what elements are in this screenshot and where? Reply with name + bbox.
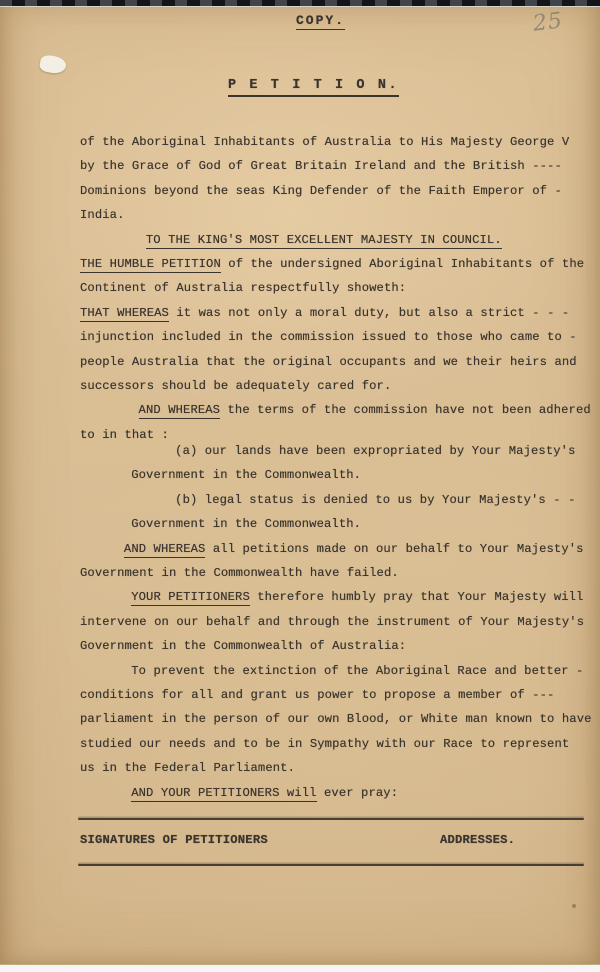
body-text: the terms of the commission have not bee… bbox=[220, 403, 591, 417]
petition-line: (b) legal status is denied to us by Your… bbox=[80, 488, 596, 512]
petition-body: of the Aboriginal Inhabitants of Austral… bbox=[80, 130, 596, 805]
petition-line: by the Grace of God of Great Britain Ire… bbox=[80, 154, 596, 178]
body-text: injunction included in the commission is… bbox=[80, 330, 577, 344]
body-text: people Australia that the original occup… bbox=[80, 355, 577, 369]
underlined-text: THE HUMBLE PETITION bbox=[80, 257, 221, 273]
scanner-edge-strip-top bbox=[0, 0, 600, 7]
petition-line: THAT WHEREAS it was not only a moral dut… bbox=[80, 301, 596, 325]
signature-table-header-row: SIGNATURES OF PETITIONERS ADDRESSES. bbox=[78, 833, 584, 851]
body-text: Government in the Commonwealth. bbox=[131, 468, 361, 482]
body-text: successors should be adequately cared fo… bbox=[80, 379, 391, 393]
petition-line: Government in the Commonwealth. bbox=[80, 463, 596, 487]
underlined-text: THAT WHEREAS bbox=[80, 306, 169, 322]
body-text: (b) legal status is denied to us by Your… bbox=[175, 493, 575, 507]
body-text: Continent of Australia respectfully show… bbox=[80, 281, 406, 295]
petition-line: studied our needs and to be in Sympathy … bbox=[80, 732, 596, 756]
petition-line: Government in the Commonwealth have fail… bbox=[80, 561, 596, 585]
body-text: ever pray: bbox=[317, 786, 399, 800]
petition-line: AND WHEREAS all petitions made on our be… bbox=[80, 537, 596, 561]
body-text: all petitions made on our behalf to Your… bbox=[205, 542, 583, 556]
paper-tear-mark bbox=[39, 54, 68, 75]
petition-line: us in the Federal Parliament. bbox=[80, 756, 596, 780]
petition-page: COPY. 25 P E T I T I O N. of the Aborigi… bbox=[0, 0, 600, 972]
signature-table: SIGNATURES OF PETITIONERS ADDRESSES. bbox=[78, 818, 584, 820]
underlined-text: AND WHEREAS bbox=[139, 403, 221, 419]
underlined-text: AND YOUR PETITIONERS will bbox=[131, 786, 316, 802]
petition-line: India. bbox=[80, 203, 596, 227]
body-text: of the Aboriginal Inhabitants of Austral… bbox=[80, 135, 569, 149]
body-text: Dominions beyond the seas King Defender … bbox=[80, 184, 562, 198]
handwritten-page-number: 25 bbox=[532, 8, 565, 36]
paper-speck bbox=[572, 904, 576, 908]
body-text: intervene on our behalf and through the … bbox=[80, 615, 584, 629]
addresses-column-header: ADDRESSES. bbox=[440, 833, 515, 847]
petition-line: Government in the Commonwealth. bbox=[80, 512, 596, 536]
body-text: Government in the Commonwealth of Austra… bbox=[80, 639, 406, 653]
body-text: to in that : bbox=[80, 428, 169, 442]
petition-line: Continent of Australia respectfully show… bbox=[80, 276, 596, 300]
petition-line: AND WHEREAS the terms of the commission … bbox=[80, 398, 596, 422]
signature-table-bottom-rule bbox=[78, 864, 584, 866]
signatures-column-header: SIGNATURES OF PETITIONERS bbox=[80, 833, 268, 847]
body-text: therefore humbly pray that Your Majesty … bbox=[250, 590, 584, 604]
body-text: by the Grace of God of Great Britain Ire… bbox=[80, 159, 562, 173]
body-text: (a) our lands have been expropriated by … bbox=[175, 444, 575, 458]
underlined-text: AND WHEREAS bbox=[124, 542, 206, 558]
body-text: it was not only a moral duty, but also a… bbox=[169, 306, 569, 320]
petition-line: conditions for all and grant us power to… bbox=[80, 683, 596, 707]
petition-line: THE HUMBLE PETITION of the undersigned A… bbox=[80, 252, 596, 276]
petition-line: YOUR PETITIONERS therefore humbly pray t… bbox=[80, 585, 596, 609]
petition-line: Government in the Commonwealth of Austra… bbox=[80, 634, 596, 658]
body-text: India. bbox=[80, 208, 124, 222]
petition-line: intervene on our behalf and through the … bbox=[80, 610, 596, 634]
body-text: of the undersigned Aboriginal Inhabitant… bbox=[221, 257, 584, 271]
body-text: parliament in the person of our own Bloo… bbox=[80, 712, 592, 726]
page-title: P E T I T I O N. bbox=[228, 78, 399, 97]
copy-label-text: COPY. bbox=[296, 13, 345, 30]
underlined-text: YOUR PETITIONERS bbox=[131, 590, 250, 606]
petition-line: parliament in the person of our own Bloo… bbox=[80, 707, 596, 731]
signature-table-top-rule bbox=[78, 818, 584, 820]
scanner-edge-strip-bottom bbox=[0, 964, 600, 972]
petition-line: of the Aboriginal Inhabitants of Austral… bbox=[80, 130, 596, 154]
underlined-text: TO THE KING'S MOST EXCELLENT MAJESTY IN … bbox=[146, 233, 502, 249]
body-text: Government in the Commonwealth. bbox=[131, 517, 361, 531]
body-text: us in the Federal Parliament. bbox=[80, 761, 295, 775]
copy-label: COPY. bbox=[296, 13, 345, 28]
body-text: Government in the Commonwealth have fail… bbox=[80, 566, 399, 580]
petition-line: people Australia that the original occup… bbox=[80, 350, 596, 374]
petition-line: To prevent the extinction of the Aborigi… bbox=[80, 659, 596, 683]
petition-line: TO THE KING'S MOST EXCELLENT MAJESTY IN … bbox=[80, 228, 596, 252]
body-text: conditions for all and grant us power to… bbox=[80, 688, 554, 702]
body-text: studied our needs and to be in Sympathy … bbox=[80, 737, 569, 751]
petition-line: injunction included in the commission is… bbox=[80, 325, 596, 349]
body-text: To prevent the extinction of the Aborigi… bbox=[131, 664, 583, 678]
petition-line: Dominions beyond the seas King Defender … bbox=[80, 179, 596, 203]
petition-line: successors should be adequately cared fo… bbox=[80, 374, 596, 398]
petition-line: AND YOUR PETITIONERS will ever pray: bbox=[80, 781, 596, 805]
document-scan: COPY. 25 P E T I T I O N. of the Aborigi… bbox=[0, 0, 600, 972]
